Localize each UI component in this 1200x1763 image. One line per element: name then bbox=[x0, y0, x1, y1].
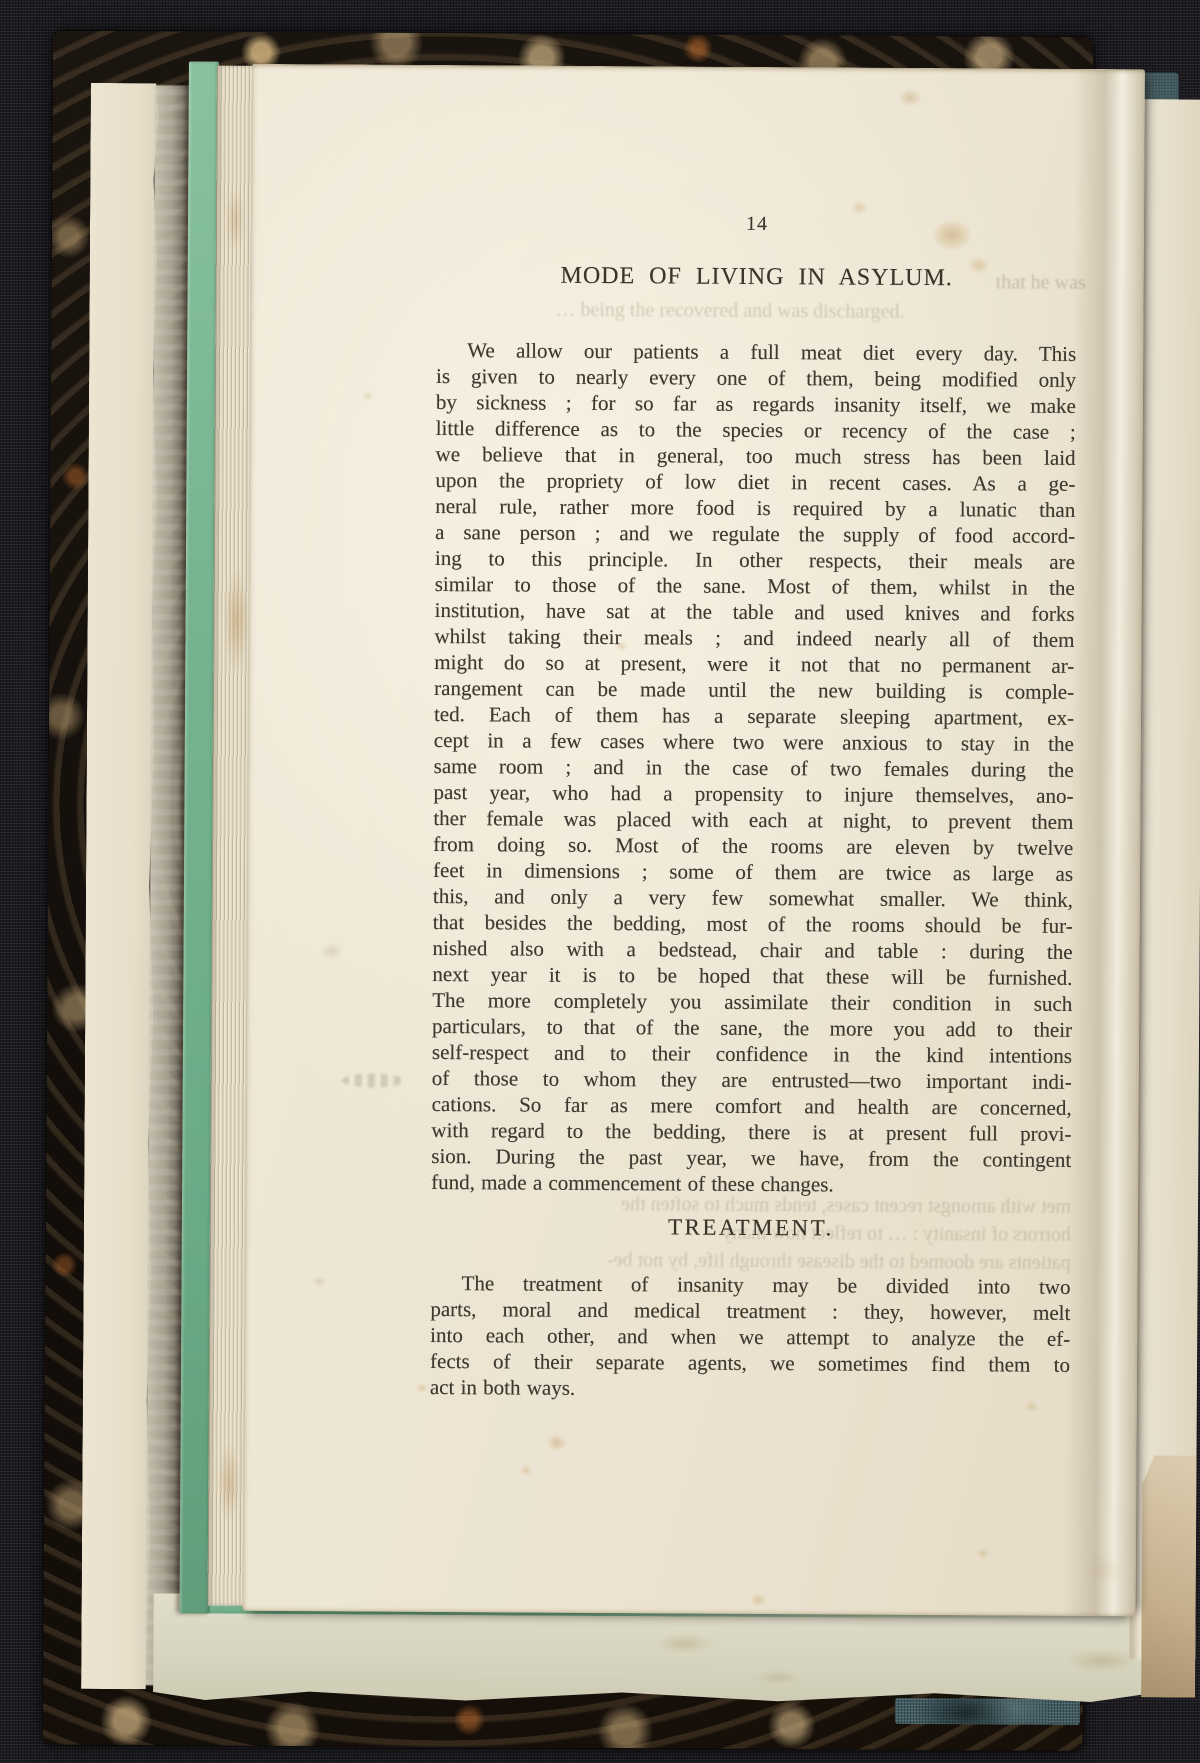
text-line: We allow our patients a full meat diet e… bbox=[436, 337, 1076, 367]
text-line: this, and only a very few somewhat small… bbox=[433, 883, 1073, 913]
photo-backdrop: that he was … being the recovered and wa… bbox=[0, 0, 1200, 1763]
text-line: from doing so. Most of the rooms are ele… bbox=[433, 831, 1073, 861]
book: that he was … being the recovered and wa… bbox=[0, 0, 1200, 1763]
text-line: upon the propriety of low diet in recent… bbox=[435, 467, 1075, 497]
text-line: is given to nearly every one of them, be… bbox=[436, 363, 1076, 393]
book-page: that he was … being the recovered and wa… bbox=[243, 64, 1145, 1616]
text-line: fects of their separate agents, we somet… bbox=[430, 1348, 1070, 1378]
page-number: 14 bbox=[437, 210, 1077, 238]
text-line: whilst taking their meals ; and indeed n… bbox=[434, 623, 1074, 653]
paragraph-treatment: The treatment of insanity may be divided… bbox=[430, 1270, 1071, 1404]
text-line: into each other, and when we attempt to … bbox=[430, 1322, 1070, 1352]
text-line: particulars, to that of the sane, the mo… bbox=[432, 1013, 1072, 1043]
text-line: parts, moral and medical treatment : the… bbox=[430, 1296, 1070, 1326]
text-line: past year, who had a propensity to injur… bbox=[433, 779, 1073, 809]
text-line: little difference as to the species or r… bbox=[436, 415, 1076, 445]
pencil-smudge bbox=[342, 1073, 404, 1087]
text-line: The more completely you assimilate their… bbox=[432, 987, 1072, 1017]
text-line: might do so at present, were it not that… bbox=[434, 649, 1074, 679]
text-line: similar to those of the sane. Most of th… bbox=[435, 571, 1075, 601]
text-line: same room ; and in the case of two femal… bbox=[434, 753, 1074, 783]
text-line: next year it is to be hoped that these w… bbox=[432, 961, 1072, 991]
printed-text-block: 14 MODE OF LIVING IN ASYLUM. We allow ou… bbox=[430, 66, 1078, 1404]
text-line: ted. Each of them has a separate sleepin… bbox=[434, 701, 1074, 731]
section-heading-treatment: TREATMENT. bbox=[431, 1212, 1071, 1244]
text-line: cations. So far as mere comfort and heal… bbox=[432, 1091, 1072, 1121]
text-line: rangement can be made until the new buil… bbox=[434, 675, 1074, 705]
text-line: with regard to the bedding, there is at … bbox=[431, 1117, 1071, 1147]
teal-cloth-bottom bbox=[895, 1698, 1080, 1725]
text-line: sion. During the past year, we have, fro… bbox=[431, 1143, 1071, 1173]
text-line: feet in dimensions ; some of them are tw… bbox=[433, 857, 1073, 887]
text-line: nished also with a bedstead, chair and t… bbox=[433, 935, 1073, 965]
text-line: of those to whom they are entrusted—two … bbox=[432, 1065, 1072, 1095]
paragraph-mode-of-living: We allow our patients a full meat diet e… bbox=[431, 337, 1076, 1199]
text-line: that besides the bedding, most of the ro… bbox=[433, 909, 1073, 939]
text-line: fund, made a commencement of these chang… bbox=[431, 1169, 1071, 1199]
text-line: a sane person ; and we regulate the supp… bbox=[435, 519, 1075, 549]
text-line: cept in a few cases where two were anxio… bbox=[434, 727, 1074, 757]
text-line: neral rule, rather more food is required… bbox=[435, 493, 1075, 523]
text-line: institution, have sat at the table and u… bbox=[435, 597, 1075, 627]
text-line: ther female was placed with each at nigh… bbox=[433, 805, 1073, 835]
text-line: we believe that in general, too much str… bbox=[436, 441, 1076, 471]
text-line: by sickness ; for so far as regards insa… bbox=[436, 389, 1076, 419]
text-line: The treatment of insanity may be divided… bbox=[430, 1270, 1070, 1300]
text-line: ing to this principle. In other respects… bbox=[435, 545, 1075, 575]
section-heading-mode-of-living: MODE OF LIVING IN ASYLUM. bbox=[437, 260, 1077, 294]
text-line: self-respect and to their confidence in … bbox=[432, 1039, 1072, 1069]
page-corner-fold bbox=[1141, 1455, 1196, 1697]
text-line: act in both ways. bbox=[430, 1374, 1070, 1404]
